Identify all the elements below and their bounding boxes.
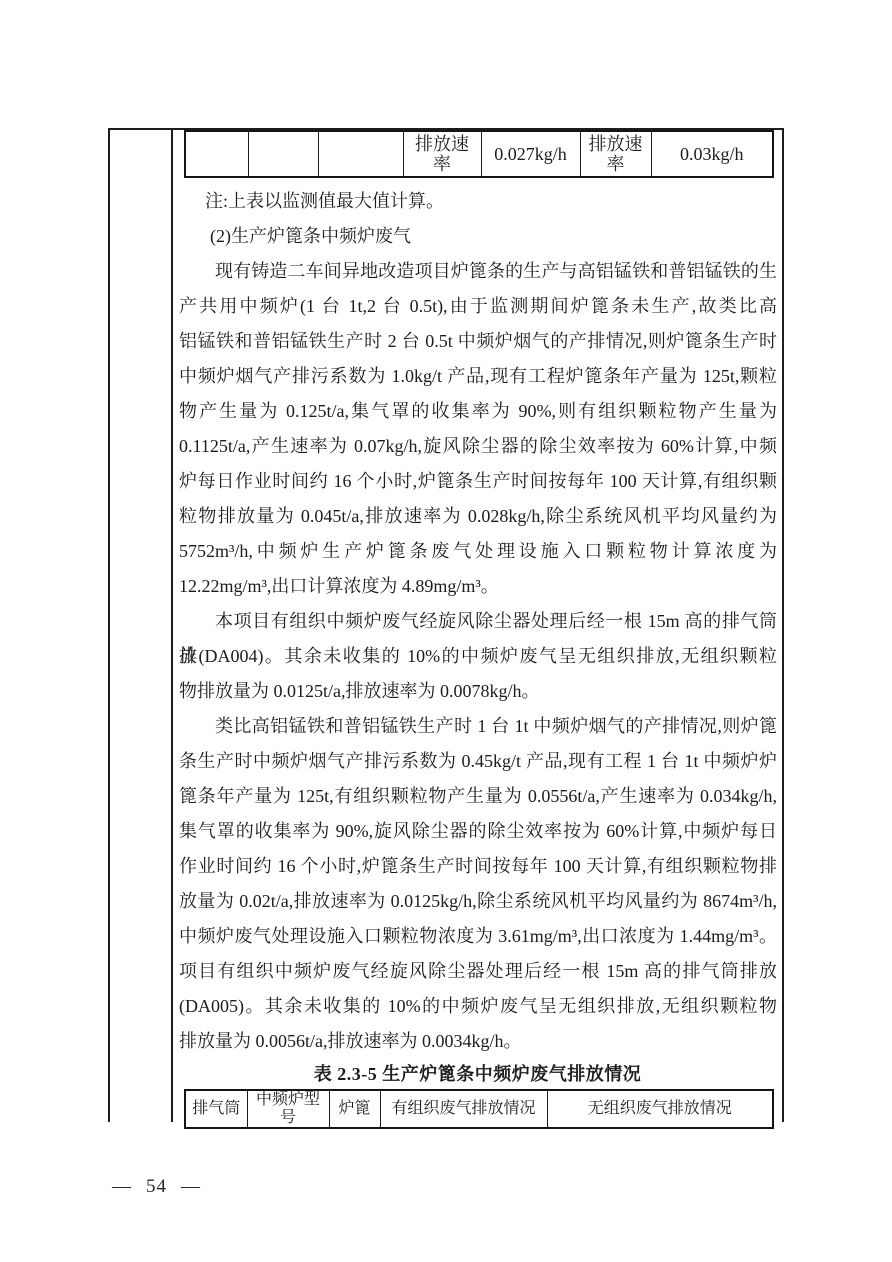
- table-cell: 排放速率: [580, 131, 651, 177]
- text-line: 0.1125t/a,产生速率为 0.07kg/h,旋风除尘器的除尘效率按为 60…: [179, 429, 777, 464]
- table-cell-empty: [248, 131, 318, 177]
- table-note: 注:上表以监测值最大值计算。: [179, 184, 777, 219]
- header-cell: 无组织废气排放情况: [547, 1090, 773, 1128]
- paragraphs: 现有铸造二车间异地改造项目炉篦条的生产与高铝锰铁和普铝锰铁的生产共用中频炉(1 …: [179, 254, 777, 1059]
- text-line: 中频炉烟气产排污系数为 1.0kg/t 产品,现有工程炉篦条年产量为 125t,…: [179, 359, 777, 394]
- document-page: 排放速率0.027kg/h排放速率0.03kg/h 注:上表以监测值最大值计算。…: [0, 0, 892, 1262]
- paragraph: 本项目有组织中频炉废气经旋风除尘器处理后经一根 15m 高的排气筒排放(DA00…: [179, 604, 777, 709]
- form-content-column: 排放速率0.027kg/h排放速率0.03kg/h 注:上表以监测值最大值计算。…: [173, 130, 782, 1122]
- text-line: 集气罩的收集率为 90%,旋风除尘器的除尘效率按为 60%计算,中频炉每日: [179, 814, 777, 849]
- footer-right-dash: —: [181, 1176, 201, 1197]
- text-line: 项目有组织中频炉废气经旋风除尘器处理后经一根 15m 高的排气筒排放: [179, 954, 777, 989]
- text-line: 12.22mg/m³,出口计算浓度为 4.89mg/m³。: [179, 569, 777, 604]
- text-line: 排放量为 0.0056t/a,排放速率为 0.0034kg/h。: [179, 1024, 777, 1059]
- bottom-table-header-row: 排气筒中频炉型号炉篦有组织废气排放情况无组织废气排放情况: [185, 1090, 773, 1128]
- text-line: 本项目有组织中频炉废气经旋风除尘器处理后经一根 15m 高的排气筒排: [179, 604, 777, 639]
- table-cell: 0.03kg/h: [651, 131, 773, 177]
- text-line: 铝锰铁和普铝锰铁生产时 2 台 0.5t 中频炉烟气的产排情况,则炉篦条生产时: [179, 324, 777, 359]
- header-cell: 炉篦: [329, 1090, 380, 1128]
- text-line: 物排放量为 0.0125t/a,排放速率为 0.0078kg/h。: [179, 674, 777, 709]
- text-line: (DA005)。其余未收集的 10%的中频炉废气呈无组织排放,无组织颗粒物: [179, 989, 777, 1024]
- body-text-block: 注:上表以监测值最大值计算。 (2)生产炉篦条中频炉废气 现有铸造二车间异地改造…: [173, 178, 782, 1059]
- top-table-row: 排放速率0.027kg/h排放速率0.03kg/h: [185, 131, 773, 177]
- text-line: 类比高铝锰铁和普铝锰铁生产时 1 台 1t 中频炉烟气的产排情况,则炉篦: [179, 709, 777, 744]
- page-footer: —54—: [112, 1176, 201, 1198]
- text-line: 粒物排放量为 0.045t/a,排放速率为 0.028kg/h,除尘系统风机平均…: [179, 499, 777, 534]
- form-frame: 排放速率0.027kg/h排放速率0.03kg/h 注:上表以监测值最大值计算。…: [108, 128, 784, 1122]
- text-line: 物产生量为 0.125t/a,集气罩的收集率为 90%,则有组织颗粒物产生量为: [179, 394, 777, 429]
- top-partial-table: 排放速率0.027kg/h排放速率0.03kg/h: [184, 130, 774, 178]
- text-line: 放量为 0.02t/a,排放速率为 0.0125kg/h,除尘系统风机平均风量约…: [179, 884, 777, 919]
- text-line: 中频炉废气处理设施入口颗粒物浓度为 3.61mg/m³,出口浓度为 1.44mg…: [179, 919, 777, 954]
- header-cell: 排气筒: [185, 1090, 247, 1128]
- header-cell: 有组织废气排放情况: [380, 1090, 547, 1128]
- table-cell-empty: [185, 131, 248, 177]
- form-left-column: [110, 130, 173, 1122]
- table-cell-empty: [318, 131, 403, 177]
- text-line: 现有铸造二车间异地改造项目炉篦条的生产与高铝锰铁和普铝锰铁的生: [179, 254, 777, 289]
- table-caption: 表 2.3-5 生产炉篦条中频炉废气排放情况: [173, 1059, 782, 1089]
- footer-left-dash: —: [112, 1176, 132, 1197]
- table-cell: 排放速率: [403, 131, 481, 177]
- page-number: 54: [146, 1176, 167, 1197]
- text-line: 作业时间约 16 个小时,炉篦条生产时间按每年 100 天计算,有组织颗粒物排: [179, 849, 777, 884]
- text-line: 炉每日作业时间约 16 个小时,炉篦条生产时间按每年 100 天计算,有组织颗: [179, 464, 777, 499]
- bottom-table: 排气筒中频炉型号炉篦有组织废气排放情况无组织废气排放情况: [184, 1089, 774, 1129]
- table-cell: 0.027kg/h: [481, 131, 580, 177]
- paragraph: 类比高铝锰铁和普铝锰铁生产时 1 台 1t 中频炉烟气的产排情况,则炉篦条生产时…: [179, 709, 777, 1059]
- text-line: 产共用中频炉(1 台 1t,2 台 0.5t),由于监测期间炉篦条未生产,故类比…: [179, 289, 777, 324]
- text-line: 放(DA004)。其余未收集的 10%的中频炉废气呈无组织排放,无组织颗粒: [179, 639, 777, 674]
- text-line: 条生产时中频炉烟气产排污系数为 0.45kg/t 产品,现有工程 1 台 1t …: [179, 744, 777, 779]
- section-heading: (2)生产炉篦条中频炉废气: [179, 219, 777, 254]
- text-line: 5752m³/h,中频炉生产炉篦条废气处理设施入口颗粒物计算浓度为: [179, 534, 777, 569]
- header-cell: 中频炉型号: [247, 1090, 329, 1128]
- paragraph: 现有铸造二车间异地改造项目炉篦条的生产与高铝锰铁和普铝锰铁的生产共用中频炉(1 …: [179, 254, 777, 604]
- text-line: 篦条年产量为 125t,有组织颗粒物产生量为 0.0556t/a,产生速率为 0…: [179, 779, 777, 814]
